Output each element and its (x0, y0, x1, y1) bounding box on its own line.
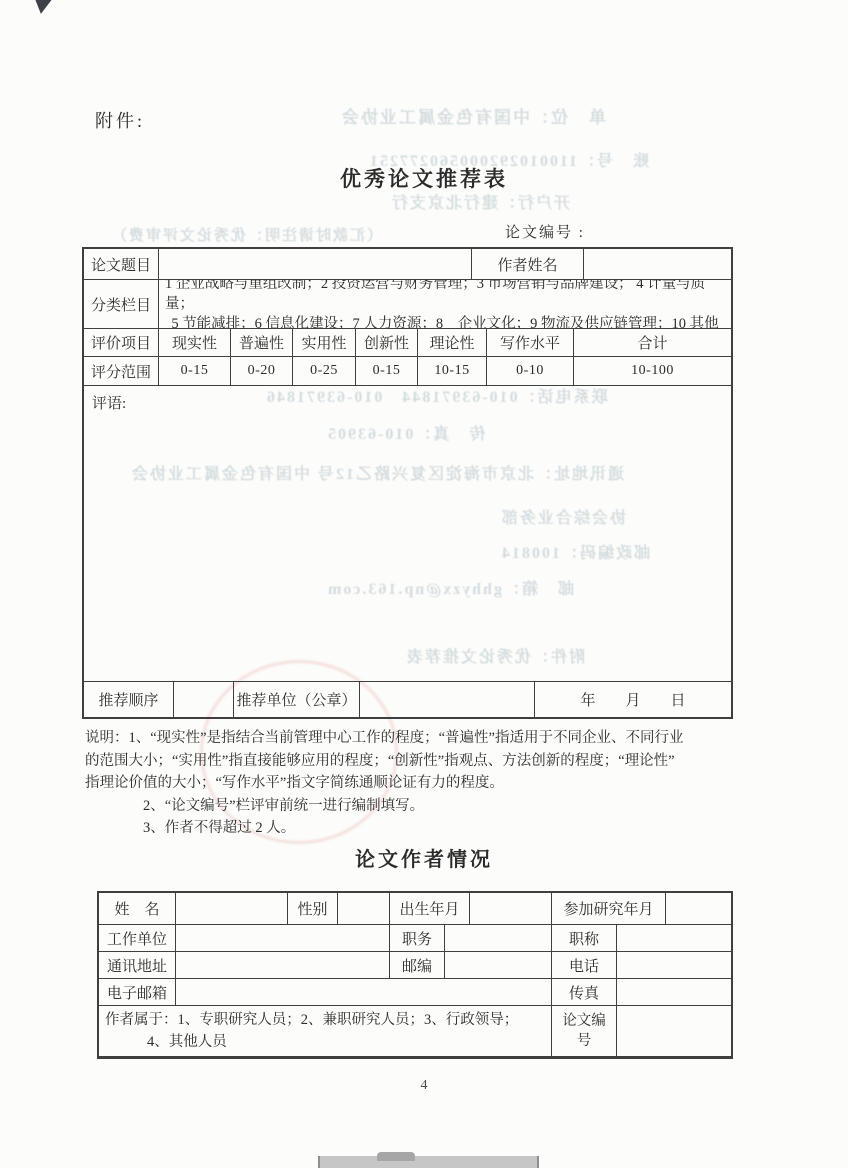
comments-field[interactable]: 评语: (84, 386, 731, 681)
eval-item: 理论性 (418, 329, 487, 356)
address-field[interactable] (176, 952, 390, 978)
email-label: 电子邮箱 (99, 979, 176, 1005)
table-row: 评价项目 现实性 普遍性 实用性 创新性 理论性 写作水平 合计 (84, 329, 731, 357)
bleedthrough-text: 单 位：中国有色金属工业协会 (340, 103, 606, 128)
paper-no-label2-line2: 号 (577, 1031, 592, 1051)
rec-unit-field[interactable] (360, 682, 535, 717)
postcode-field[interactable] (445, 952, 552, 978)
work-unit-label: 工作单位 (99, 925, 176, 951)
notes-line: 3、作者不得超过 2 人。 (85, 817, 785, 840)
paper-title-label: 论文题目 (84, 249, 159, 279)
phone-label: 电话 (552, 952, 617, 978)
score-range-label: 评分范围 (84, 357, 159, 385)
author-name-field[interactable] (584, 249, 731, 279)
author-type-line2: 4、其他人员 (105, 1031, 227, 1053)
author-info-table: 姓 名 性别 出生年月 参加研究年月 工作单位 职务 职称 通讯地址 邮编 电话 (97, 891, 733, 1059)
page-number: 4 (0, 1078, 848, 1094)
paper-no-label2-line1: 论文编 (562, 1011, 606, 1031)
paper-no-field[interactable] (617, 1006, 731, 1056)
rec-unit-label: 推荐单位（公章） (234, 682, 360, 717)
paper-no-label2: 论文编 号 (552, 1006, 617, 1056)
table-row: 论文题目 作者姓名 (84, 249, 731, 280)
eval-item: 写作水平 (487, 329, 574, 356)
attachment-label: 附件: (95, 107, 145, 133)
table-row: 分类栏目 1 企业战略与重组改制；2 投资运营与财务管理；3 市场营销与品牌建设… (84, 280, 731, 329)
position-field[interactable] (445, 925, 552, 951)
postcode-label: 邮编 (390, 952, 445, 978)
category-options: 1 企业战略与重组改制；2 投资运营与财务管理；3 市场营销与品牌建设； 4 计… (159, 280, 731, 328)
author-type-note: 作者属于：1、专职研究人员；2、兼职研究人员；3、行政领导； 4、其他人员 (99, 1006, 552, 1056)
table-row: 电子邮箱 传真 (99, 979, 731, 1006)
score-range: 10-15 (418, 357, 487, 385)
fax-label: 传真 (552, 979, 617, 1005)
table-row: 推荐顺序 推荐单位（公章） 年 月 日 (84, 682, 731, 717)
notes-line: 的范围大小；“实用性”指直接能够应用的程度；“创新性”指观点、方法创新的程度；“… (85, 750, 785, 773)
eval-item: 创新性 (356, 329, 418, 356)
date-field[interactable]: 年 月 日 (535, 682, 731, 717)
score-range: 0-15 (356, 357, 418, 385)
category-line1: 1 企业战略与重组改制；2 投资运营与财务管理；3 市场营销与品牌建设； 4 计… (165, 280, 725, 314)
notes-line: 说明：1、“现实性”是指结合当前管理中心工作的程度；“普遍性”指适用于不同企业、… (85, 727, 785, 750)
score-range-total: 10-100 (574, 357, 731, 385)
gender-label: 性别 (288, 893, 338, 924)
author-type-line1: 作者属于：1、专职研究人员；2、兼职研究人员；3、行政领导； (105, 1009, 518, 1031)
rec-order-label: 推荐顺序 (84, 682, 174, 717)
form1-title: 优秀论文推荐表 (0, 163, 848, 193)
notes-line: 2、“论文编号”栏评审前统一进行编制填写。 (85, 795, 785, 818)
birth-field[interactable] (470, 893, 552, 924)
position-label: 职务 (390, 925, 445, 951)
table-row: 姓 名 性别 出生年月 参加研究年月 (99, 893, 731, 925)
eval-item: 现实性 (159, 329, 231, 356)
birth-label: 出生年月 (390, 893, 470, 924)
fax-field[interactable] (617, 979, 731, 1005)
prof-title-field[interactable] (617, 925, 731, 951)
table-row: 评分范围 0-15 0-20 0-25 0-15 10-15 0-10 10-1… (84, 357, 731, 386)
notes-line: 指理论价值的大小；“写作水平”指文字简练通顺论证有力的程度。 (85, 772, 785, 795)
eval-item: 普遍性 (231, 329, 293, 356)
prof-title-label: 职称 (552, 925, 617, 951)
category-line2: 5 节能减排；6 信息化建设；7 人力资源；8 企业文化；9 物流及供应链管理；… (171, 314, 718, 328)
scanned-document-page: 单 位：中国有色金属工业协会账 号：110010292000560277251开… (0, 0, 848, 1168)
category-label: 分类栏目 (84, 280, 159, 328)
email-field[interactable] (176, 979, 552, 1005)
score-range: 0-15 (159, 357, 231, 385)
rec-order-field[interactable] (174, 682, 234, 717)
score-range: 0-20 (231, 357, 293, 385)
phone-field[interactable] (617, 952, 731, 978)
table-row: 作者属于：1、专职研究人员；2、兼职研究人员；3、行政领导； 4、其他人员 论文… (99, 1006, 731, 1056)
scan-edge-artifact (318, 1156, 539, 1168)
page-corner-mark (32, 0, 52, 15)
paper-title-field[interactable] (159, 249, 472, 279)
name-field[interactable] (176, 893, 288, 924)
bleedthrough-text: 开户行：建行北京支行 (390, 190, 570, 213)
eval-item: 实用性 (293, 329, 356, 356)
gender-field[interactable] (338, 893, 390, 924)
eval-header-label: 评价项目 (84, 329, 159, 356)
table-row: 评语: (84, 386, 731, 682)
table-row: 通讯地址 邮编 电话 (99, 952, 731, 979)
paper-number-label: 论文编号 : (505, 221, 585, 242)
recommendation-table: 论文题目 作者姓名 分类栏目 1 企业战略与重组改制；2 投资运营与财务管理；3… (82, 247, 733, 719)
research-date-field[interactable] (666, 893, 731, 924)
score-range: 0-25 (293, 357, 356, 385)
work-unit-field[interactable] (176, 925, 390, 951)
bleedthrough-text: （汇款时请注明：优秀论文评审费） (110, 224, 382, 245)
author-name-label: 作者姓名 (472, 249, 584, 279)
form2-title: 论文作者情况 (0, 843, 848, 872)
research-date-label: 参加研究年月 (552, 893, 666, 924)
scan-edge-tab (377, 1152, 415, 1161)
name-label: 姓 名 (99, 893, 176, 924)
address-label: 通讯地址 (99, 952, 176, 978)
comments-label: 评语: (92, 392, 126, 413)
eval-item-total: 合计 (574, 329, 731, 356)
table-row: 工作单位 职务 职称 (99, 925, 731, 952)
score-range: 0-10 (487, 357, 574, 385)
notes-block: 说明：1、“现实性”是指结合当前管理中心工作的程度；“普遍性”指适用于不同企业、… (85, 727, 785, 840)
